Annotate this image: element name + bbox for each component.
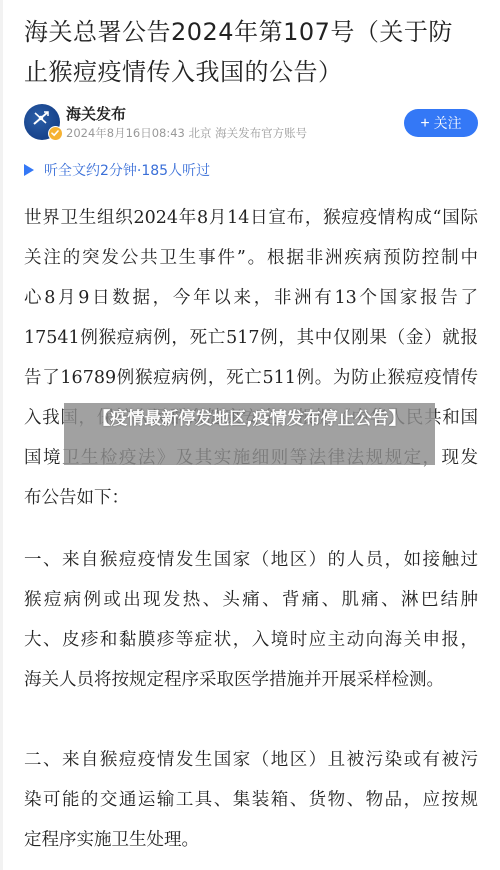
text-line: 心8月9日数据，今年以来，非洲有13个国家报告了: [24, 278, 478, 318]
text-line: 世界卫生组织2024年8月14日宣布，猴痘疫情构成“国际: [24, 198, 478, 238]
plus-icon: +: [420, 110, 429, 138]
customs-emblem-icon: [32, 110, 50, 126]
text-line: 17541例猴痘病例，死亡517例，其中仅刚果（金）就报: [24, 318, 478, 358]
text-line: 定程序实施卫生处理。: [24, 820, 478, 860]
author-name[interactable]: 海关发布: [66, 105, 126, 123]
text-line: 二、来自猴痘疫情发生国家（地区）且被污染或有被污: [24, 740, 478, 780]
text-line: 海关人员将按规定程序采取医学措施并开展采样检测。: [24, 660, 478, 700]
text-line: 一、来自猴痘疫情发生国家（地区）的人员，如接触过: [24, 540, 478, 580]
author-meta: 2024年8月16日08:43 北京 海关发布官方账号: [66, 126, 307, 140]
follow-button[interactable]: +关注: [404, 109, 478, 137]
author-row: 海关发布 2024年8月16日08:43 北京 海关发布官方账号 +关注: [24, 104, 478, 144]
text-line: 猴痘病例或出现发热、头痛、背痛、肌痛、淋巴结肿: [24, 580, 478, 620]
overlay-caption-banner: 【疫情最新停发地区,疫情发布停止公告】: [64, 403, 435, 465]
left-edge-strip: [0, 0, 3, 870]
article-page: 海关总署公告2024年第107号（关于防止猴痘疫情传入我国的公告） 海关发布 2…: [0, 0, 500, 870]
paragraph-item-two: 二、来自猴痘疫情发生国家（地区）且被污染或有被污 染可能的交通运输工具、集装箱、…: [24, 740, 478, 860]
paragraph-intro: 世界卫生组织2024年8月14日宣布，猴痘疫情构成“国际 关注的突发公共卫生事件…: [24, 198, 478, 518]
text-line: 染可能的交通运输工具、集装箱、货物、物品，应按规: [24, 780, 478, 820]
avatar[interactable]: [24, 104, 60, 140]
verified-badge-icon: [48, 126, 63, 141]
listen-full-text-button[interactable]: 听全文约2分钟·185人听过: [24, 160, 210, 180]
play-icon: [24, 164, 34, 176]
text-line: 关注的突发公共卫生事件”。根据非洲疾病预防控制中: [24, 238, 478, 278]
text-line: 告了16789例猴痘病例，死亡511例。为防止猴痘疫情传: [24, 358, 478, 398]
paragraph-item-one: 一、来自猴痘疫情发生国家（地区）的人员，如接触过 猴痘病例或出现发热、头痛、背痛…: [24, 540, 478, 700]
listen-label: 听全文约2分钟·185人听过: [44, 160, 210, 180]
follow-label: 关注: [434, 115, 462, 131]
text-line: 布公告如下：: [24, 478, 478, 518]
text-line: 大、皮疹和黏膜疹等症状，入境时应主动向海关申报，: [24, 620, 478, 660]
article-title: 海关总署公告2024年第107号（关于防止猴痘疫情传入我国的公告）: [24, 12, 474, 92]
